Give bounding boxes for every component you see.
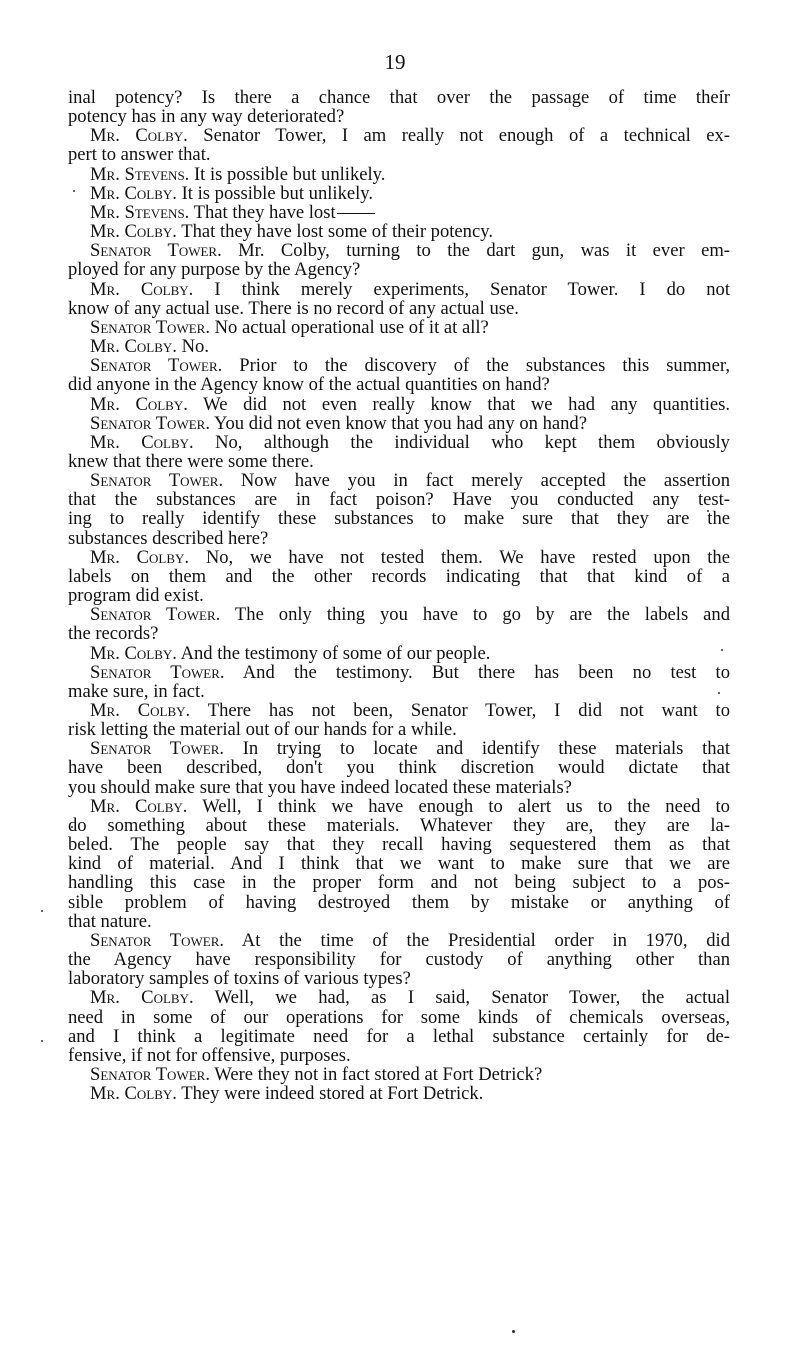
speaker-name: Senator Tower.	[90, 240, 222, 261]
speaker-name: Mr. Colby.	[90, 336, 177, 357]
text-line: fensive, if not for offensive, purposes.	[68, 1046, 730, 1065]
scan-speck	[707, 510, 709, 512]
text-line: labels on them and the other records ind…	[68, 567, 730, 586]
hearing-transcript-body: inal potency? Is there a chance that ove…	[68, 88, 730, 1103]
line-text: In trying to locate and identify these m…	[224, 738, 730, 759]
line-text: That they have lost	[189, 202, 335, 223]
speaker-name: Mr. Colby.	[90, 1083, 177, 1104]
text-line: pert to answer that.	[68, 145, 730, 164]
text-line: the Agency have responsibility for custo…	[68, 950, 730, 969]
text-line: and I think a legitimate need for a leth…	[68, 1027, 730, 1046]
speaker-name: Mr. Colby.	[90, 221, 177, 242]
speaker-name: Senator Tower.	[90, 738, 224, 759]
line-text: sible problem of having destroyed them b…	[68, 892, 730, 913]
line-text: Prior to the discovery of the substances…	[222, 355, 730, 376]
speaker-name: Senator Tower.	[90, 470, 223, 491]
speaker-name: Senator Tower.	[90, 355, 222, 376]
speaker-name: Senator Tower.	[90, 930, 224, 951]
line-text: And the testimony of some of our people.	[177, 643, 490, 664]
scan-speck	[41, 1040, 43, 1042]
line-text: laboratory samples of toxins of various …	[68, 968, 411, 989]
line-text: The only thing you have to go by are the…	[220, 604, 730, 625]
speaker-line: Mr. Colby. We did not even really know t…	[68, 395, 730, 414]
speaker-line: Senator Tower. No actual operational use…	[68, 318, 730, 337]
speaker-name: Mr. Colby.	[90, 394, 188, 415]
speaker-line: Senator Tower. Mr. Colby, turning to the…	[68, 241, 730, 260]
line-text: inal potency? Is there a chance that ove…	[68, 87, 730, 108]
speaker-line: Mr. Colby. Well, we had, as I said, Sena…	[68, 988, 730, 1007]
line-text: knew that there were some there.	[68, 451, 314, 472]
speaker-line: Mr. Colby. Senator Tower, I am really no…	[68, 126, 730, 145]
speaker-name: Senator Tower.	[90, 1064, 210, 1085]
line-text: ing to really identify these substances …	[68, 508, 730, 529]
line-text: substances described here?	[68, 528, 268, 549]
line-text: And the testimony. But there has been no…	[225, 662, 730, 683]
line-text: did anyone in the Agency know of the act…	[68, 374, 550, 395]
speaker-line: Mr. Stevens. It is possible but unlikely…	[68, 165, 730, 184]
line-text: No, although the individual who kept the…	[194, 432, 730, 453]
text-line: ing to really identify these substances …	[68, 509, 730, 528]
text-line: do something about these materials. What…	[68, 816, 730, 835]
speaker-line: Mr. Colby. No, although the individual w…	[68, 433, 730, 452]
speaker-line: Mr. Colby. No, we have not tested them. …	[68, 548, 730, 567]
text-line: risk letting the material out of our han…	[68, 720, 730, 739]
speaker-name: Mr. Colby.	[90, 700, 190, 721]
line-text: you should make sure that you have indee…	[68, 777, 572, 798]
text-line: laboratory samples of toxins of various …	[68, 969, 730, 988]
scan-speck	[73, 190, 75, 192]
speaker-line: Mr. Colby. It is possible but unlikely.	[68, 184, 730, 203]
text-line: handling this case in the proper form an…	[68, 873, 730, 892]
speaker-line: Senator Tower. Prior to the discovery of…	[68, 356, 730, 375]
line-text: handling this case in the proper form an…	[68, 872, 730, 893]
speaker-line: Mr. Colby. That they have lost some of t…	[68, 222, 730, 241]
speaker-line: Senator Tower. Were they not in fact sto…	[68, 1065, 730, 1084]
line-text: Were they not in fact stored at Fort Det…	[210, 1064, 542, 1085]
speaker-line: Mr. Colby. They were indeed stored at Fo…	[68, 1084, 730, 1103]
line-text: Mr. Colby, turning to the dart gun, was …	[222, 240, 730, 261]
line-text: have been described, don't you think dis…	[68, 757, 730, 778]
scan-speck	[722, 90, 724, 92]
speaker-line: Mr. Colby. I think merely experiments, S…	[68, 280, 730, 299]
speaker-name: Mr. Colby.	[90, 183, 177, 204]
scan-speck	[71, 826, 73, 828]
speaker-name: Mr. Stevens.	[90, 202, 189, 223]
text-line: the records?	[68, 624, 730, 643]
text-line: make sure, in fact.	[68, 682, 730, 701]
line-text: I think merely experiments, Senator Towe…	[193, 279, 730, 300]
text-line: that nature.	[68, 912, 730, 931]
speaker-line: Senator Tower. Now have you in fact mere…	[68, 471, 730, 490]
line-text: We did not even really know that we had …	[188, 394, 730, 415]
text-line: program did exist.	[68, 586, 730, 605]
text-line: sible problem of having destroyed them b…	[68, 893, 730, 912]
line-text: fensive, if not for offensive, purposes.	[68, 1045, 351, 1066]
line-text: and I think a legitimate need for a leth…	[68, 1026, 730, 1047]
speaker-line: Mr. Colby. There has not been, Senator T…	[68, 701, 730, 720]
text-line: know of any actual use. There is no reco…	[68, 299, 730, 318]
line-text: It is possible but unlikely.	[189, 164, 385, 185]
text-line: you should make sure that you have indee…	[68, 778, 730, 797]
line-text: Senator Tower, I am really not enough of…	[188, 125, 730, 146]
speaker-line: Mr. Colby. And the testimony of some of …	[68, 644, 730, 663]
text-line: inal potency? Is there a chance that ove…	[68, 88, 730, 107]
speaker-name: Mr. Colby.	[90, 547, 189, 568]
line-text: Well, we had, as I said, Senator Tower, …	[194, 987, 730, 1008]
line-text: No, we have not tested them. We have res…	[189, 547, 730, 568]
page-number: 19	[0, 50, 790, 75]
line-text: know of any actual use. There is no reco…	[68, 298, 519, 319]
speaker-name: Mr. Colby.	[90, 987, 194, 1008]
line-text: At the time of the Presidential order in…	[224, 930, 730, 951]
speaker-line: Mr. Colby. Well, I think we have enough …	[68, 797, 730, 816]
line-text: labels on them and the other records ind…	[68, 566, 730, 587]
line-text: Now have you in fact merely accepted the…	[223, 470, 730, 491]
line-text: Well, I think we have enough to alert us…	[187, 796, 730, 817]
speaker-name: Mr. Colby.	[90, 796, 187, 817]
scan-speck	[512, 1330, 515, 1333]
scan-speck	[721, 649, 723, 651]
text-line: that the substances are in fact poison? …	[68, 490, 730, 509]
speaker-line: Senator Tower. At the time of the Presid…	[68, 931, 730, 950]
speaker-line: Senator Tower. In trying to locate and i…	[68, 739, 730, 758]
text-line: did anyone in the Agency know of the act…	[68, 375, 730, 394]
line-text: that the substances are in fact poison? …	[68, 489, 730, 510]
speaker-name: Mr. Colby.	[90, 279, 193, 300]
speaker-line: Mr. Colby. No.	[68, 337, 730, 356]
line-text: the records?	[68, 623, 158, 644]
line-text: potency has in any way deteriorated?	[68, 106, 344, 127]
line-text: No actual operational use of it at all?	[210, 317, 489, 338]
text-line: kind of material. And I think that we wa…	[68, 854, 730, 873]
speaker-line: Mr. Stevens. That they have lost	[68, 203, 730, 222]
line-text: the Agency have responsibility for custo…	[68, 949, 730, 970]
speaker-name: Senator Tower.	[90, 662, 225, 683]
line-text: There has not been, Senator Tower, I did…	[190, 700, 730, 721]
line-text: that nature.	[68, 911, 152, 932]
text-line: knew that there were some there.	[68, 452, 730, 471]
text-line: need in some of our operations for some …	[68, 1008, 730, 1027]
text-line: beled. The people say that they recall h…	[68, 835, 730, 854]
line-text: ployed for any purpose by the Agency?	[68, 259, 360, 280]
document-page: 19 inal potency? Is there a chance that …	[0, 0, 811, 1364]
text-line: potency has in any way deteriorated?	[68, 107, 730, 126]
speaker-line: Senator Tower. The only thing you have t…	[68, 605, 730, 624]
line-text: They were indeed stored at Fort Detrick.	[177, 1083, 483, 1104]
text-line: substances described here?	[68, 529, 730, 548]
scan-speck	[41, 910, 43, 912]
line-text: do something about these materials. What…	[68, 815, 730, 836]
line-text: beled. The people say that they recall h…	[68, 834, 730, 855]
speaker-name: Mr. Colby.	[90, 432, 194, 453]
scan-speck	[718, 692, 720, 694]
line-text: You did not even know that you had any o…	[210, 413, 587, 434]
speaker-name: Mr. Colby.	[90, 125, 188, 146]
text-line: ployed for any purpose by the Agency?	[68, 260, 730, 279]
line-text: need in some of our operations for some …	[68, 1007, 730, 1028]
speaker-name: Senator Tower.	[90, 413, 210, 434]
speaker-name: Senator Tower.	[90, 317, 210, 338]
line-text: program did exist.	[68, 585, 204, 606]
line-text: make sure, in fact.	[68, 681, 205, 702]
speaker-name: Mr. Stevens.	[90, 164, 189, 185]
line-text: No.	[177, 336, 209, 357]
speaker-name: Mr. Colby.	[90, 643, 177, 664]
speaker-name: Senator Tower.	[90, 604, 220, 625]
line-text: kind of material. And I think that we wa…	[68, 853, 730, 874]
line-text: That they have lost some of their potenc…	[177, 221, 493, 242]
line-text: pert to answer that.	[68, 144, 211, 165]
line-text: It is possible but unlikely.	[177, 183, 373, 204]
speaker-line: Senator Tower. You did not even know tha…	[68, 414, 730, 433]
speaker-line: Senator Tower. And the testimony. But th…	[68, 663, 730, 682]
line-text: risk letting the material out of our han…	[68, 719, 457, 740]
text-line: have been described, don't you think dis…	[68, 758, 730, 777]
em-dash-rule	[337, 213, 375, 214]
